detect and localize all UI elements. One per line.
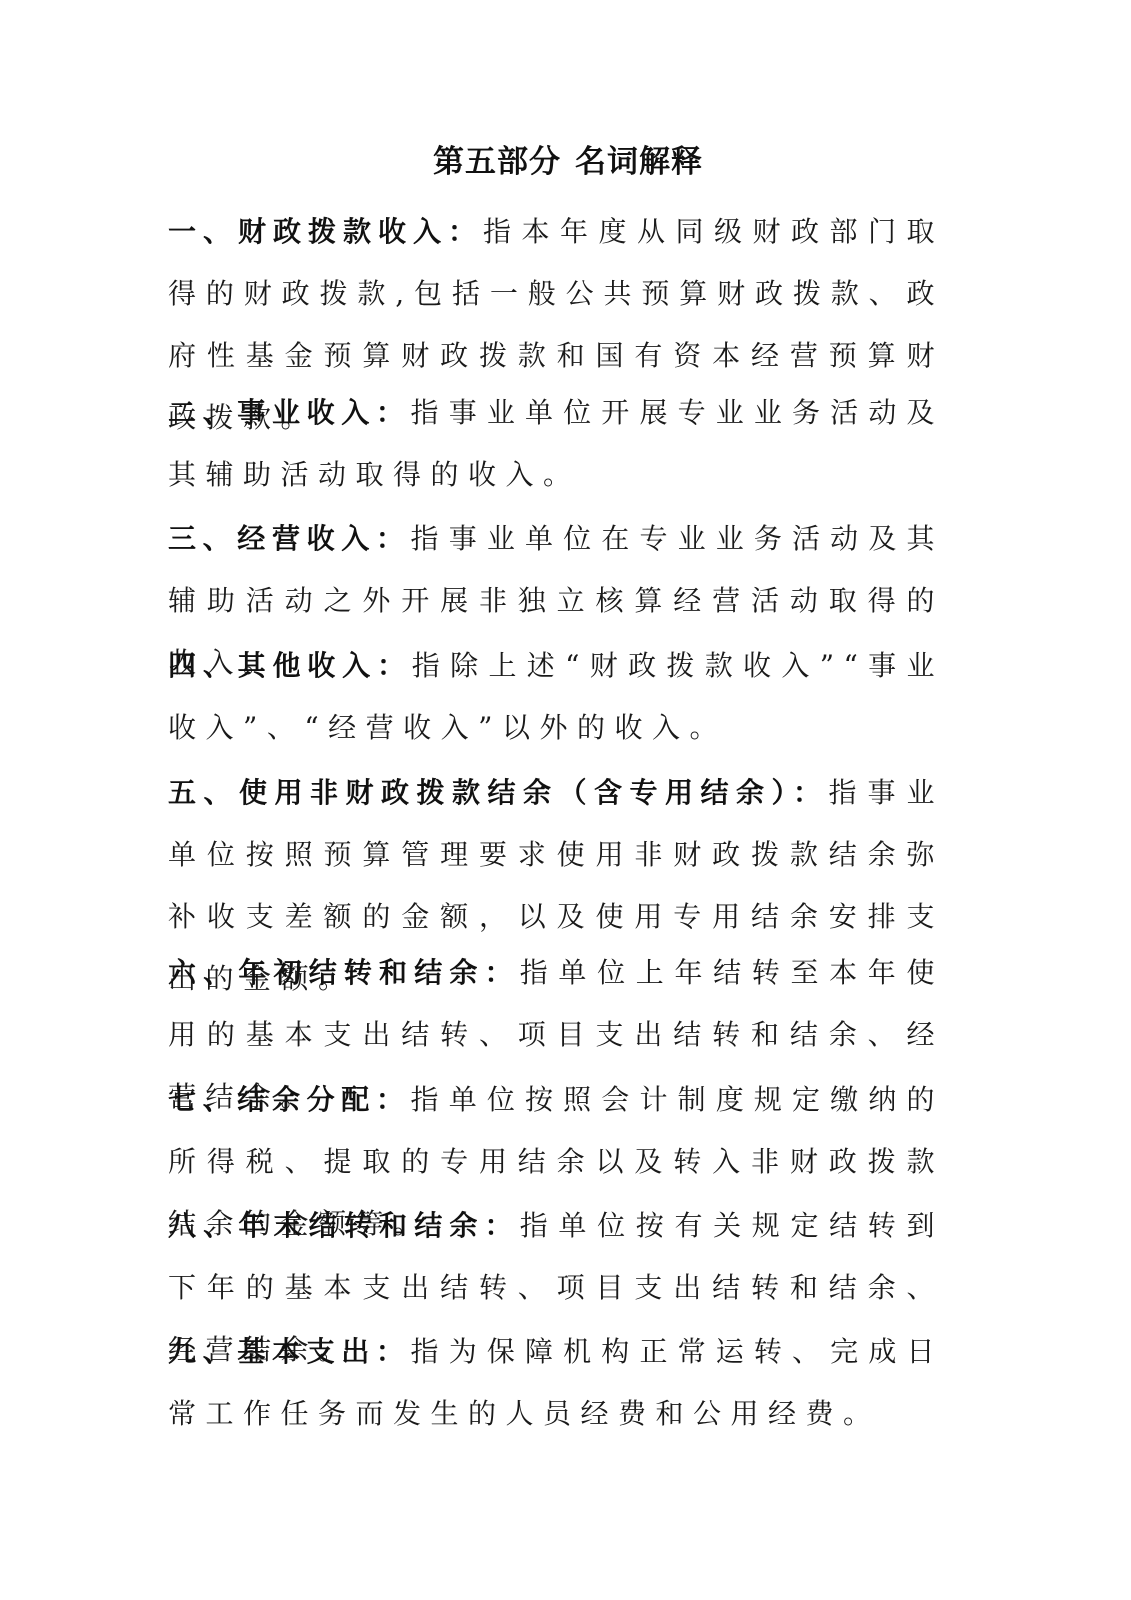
definition-entry-2: 二、事业收入：指事业单位开展专业业务活动及其辅助活动取得的收入。 [168,382,944,506]
definition-entry-4: 四、其他收入：指除上述“财政拨款收入”“事业收入”、“经营收入”以外的收入。 [168,635,944,759]
definition-term: 五、使用非财政拨款结余（含专用结余）： [168,776,828,809]
title-name: 名词解释 [575,144,703,180]
definition-term: 四、其他收入： [168,649,412,682]
definition-term: 六、年初结转和结余： [168,956,520,989]
definition-term: 九、基本支出： [168,1335,411,1368]
definition-term: 三、经营收入： [168,522,411,555]
definition-term: 一、财政拨款收入： [168,215,483,248]
definition-term: 二、事业收入： [168,396,411,429]
definition-term: 七、结余分配： [168,1083,411,1116]
definition-term: 八、年末结转和结余： [168,1209,520,1242]
title-part: 第五部分 [433,144,561,180]
definition-entry-9: 九、基本支出：指为保障机构正常运转、完成日常工作任务而发生的人员经费和公用经费。 [168,1321,944,1445]
page-title: 第五部分名词解释 [168,140,944,184]
